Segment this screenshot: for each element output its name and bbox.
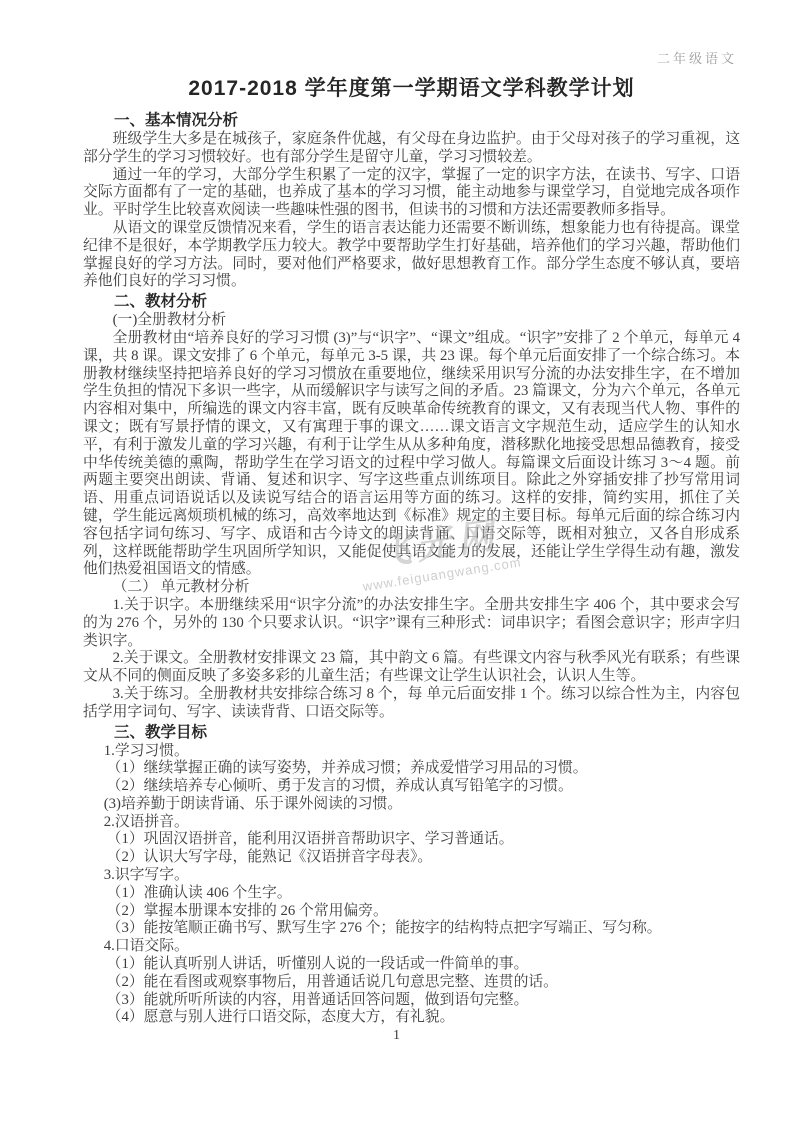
paragraph: 班级学生大多是在城孩子，家庭条件优越，有父母在身边监护。由于父母对孩子的学习重视… bbox=[83, 131, 740, 167]
list-item: （2）能在看图或观察事物后，用普通话说几句意思完整、连贯的话。 bbox=[83, 974, 740, 992]
list-item: （4）愿意与别人进行口语交际，态度大方，有礼貌。 bbox=[83, 1009, 740, 1027]
section-heading-teaching-goals: 三、教学目标 bbox=[83, 723, 740, 742]
section-heading-basic-analysis: 一、基本情况分析 bbox=[83, 111, 740, 130]
paragraph: 1.关于识字。本册继续采用“识字分流”的办法安排生字。全册共安排生字 406 个… bbox=[83, 597, 740, 650]
document-content: 2017-2018 学年度第一学期语文学科教学计划 一、基本情况分析 班级学生大… bbox=[83, 72, 740, 1027]
list-item: (3)培养勤于朗读背诵、乐于课外阅读的习惯。 bbox=[83, 796, 740, 814]
paragraph: 全册教材由“培养良好的学习习惯 (3)”与“识字”、“课文”组成。“识字”安排了… bbox=[83, 330, 740, 579]
paragraph: 2.关于课文。全册教材安排课文 23 篇，其中韵文 6 篇。有些课文内容与秋季风… bbox=[83, 650, 740, 686]
page-title: 2017-2018 学年度第一学期语文学科教学计划 bbox=[83, 72, 740, 102]
list-item: （2）掌握本册课本安排的 26 个常用偏旁。 bbox=[83, 903, 740, 921]
list-item: （2）继续培养专心倾听、勇于发言的习惯，养成认真写铅笔字的习惯。 bbox=[83, 778, 740, 796]
section-heading-textbook-analysis: 二、教材分析 bbox=[83, 292, 740, 311]
paragraph: 通过一年的学习，大部分学生积累了一定的汉字，掌握了一定的识字方法，在读书、写字、… bbox=[83, 167, 740, 220]
paragraph: 3.关于练习。全册教材共安排综合练习 8 个，每 单元后面安排 1 个。练习以综… bbox=[83, 686, 740, 722]
corner-label: 二年级语文 bbox=[657, 48, 737, 67]
list-item: （3）能按笔顺正确书写、默写生字 276 个；能按字的结构特点把字写端正、写匀称… bbox=[83, 920, 740, 938]
subsection-heading: (一)全册教材分析 bbox=[83, 312, 740, 330]
list-item: （3）能就所听所读的内容，用普通话回答问题，做到语句完整。 bbox=[83, 992, 740, 1010]
page-number: 1 bbox=[0, 1028, 793, 1044]
list-item: 1.学习习惯。 bbox=[83, 743, 740, 761]
list-item: （2）认识大写字母，能熟记《汉语拼音字母表》。 bbox=[83, 849, 740, 867]
list-item: 3.识字写字。 bbox=[83, 867, 740, 885]
list-item: 4.口语交际。 bbox=[83, 938, 740, 956]
list-item: （1）能认真听别人讲话，听懂别人说的一段话或一件简单的事。 bbox=[83, 956, 740, 974]
list-item: （1）继续掌握正确的读写姿势，并养成习惯；养成爱惜学习用品的习惯。 bbox=[83, 760, 740, 778]
document-page: 二年级语文 2017-2018 学年度第一学期语文学科教学计划 一、基本情况分析… bbox=[0, 0, 793, 1122]
paragraph: 从语文的课堂反馈情况来看，学生的语言表达能力还需要不断训练，想象能力也有待提高。… bbox=[83, 220, 740, 291]
list-item: 2.汉语拼音。 bbox=[83, 814, 740, 832]
list-item: （1）准确认读 406 个生字。 bbox=[83, 885, 740, 903]
list-item: （1）巩固汉语拼音，能利用汉语拼音帮助识字、学习普通话。 bbox=[83, 831, 740, 849]
subsection-heading: （二） 单元教材分析 bbox=[83, 579, 740, 597]
